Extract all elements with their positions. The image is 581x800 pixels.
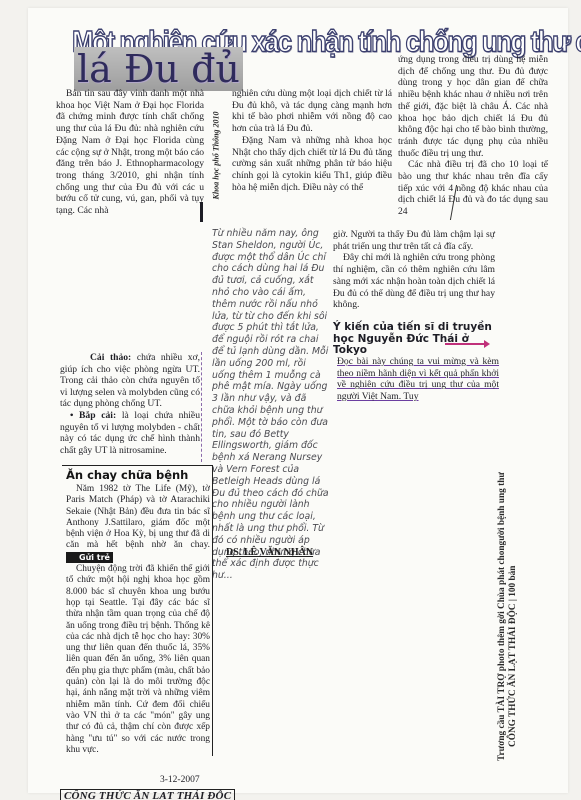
paragraph: ứng dụng trong điều trị dùng hệ miễn dịc… [398, 54, 548, 159]
opinion-heading: Ý kiến của tiến sĩ di truyền học Nguyễn … [333, 322, 493, 357]
date: 3-12-2007 [160, 775, 200, 785]
source-tag-text: Khoa học phổ Thông 2010 [212, 90, 221, 200]
vegetarian-article-box: Ăn chay chữa bệnh Năm 1982 tờ The Life (… [62, 465, 213, 756]
paragraph: Năm 1982 tờ The Life (Mỹ), tờ Paris Matc… [66, 484, 210, 564]
divider [201, 352, 202, 462]
box-title: Ăn chay chữa bệnh [66, 468, 210, 482]
article-column-4: giờ. Người ta thấy Đu đủ làm chậm lại sự… [333, 229, 495, 311]
paragraph: Đặng Nam và những nhà khoa học Nhật cho … [232, 135, 392, 194]
paragraph: Các nhà điều trị đã cho 10 loại tế bào u… [398, 159, 548, 218]
article-column-2: nghiên cứu dùng một loại dịch chiết từ l… [232, 88, 392, 193]
paragraph: giờ. Người ta thấy Đu đủ làm chậm lại sự… [333, 229, 495, 252]
arrow-icon [445, 343, 487, 345]
box-body: Năm 1982 tờ The Life (Mỹ), tờ Paris Matc… [66, 484, 210, 756]
paragraph-text: Năm 1982 tờ The Life (Mỹ), tờ Paris Matc… [66, 484, 210, 550]
footer-title: CÔNG THỨC ĂN LẠT THẢI ĐỘC [60, 789, 235, 800]
article-column-3: ứng dụng trong điều trị dùng hệ miễn dịc… [398, 54, 548, 218]
stamp-label: Gửi trẻ [66, 552, 113, 563]
tip-label: Cải thảo: [90, 352, 131, 363]
paragraph: Đây chỉ mới là nghiên cứu trong phòng th… [333, 252, 495, 311]
source-tag: Khoa học phổ Thông 2010 [206, 92, 220, 202]
paragraph: Chuyện động trời đã khiến thế giới tổ ch… [66, 564, 210, 756]
vegetable-tips-box: Cải thảo: chứa nhiều xơ, giúp ích cho vi… [60, 352, 200, 456]
paragraph: Bản tin sau đây vinh danh một nhà khoa h… [56, 88, 204, 217]
divider [200, 202, 203, 222]
footer-line: Trương cầu TÀI TRỢ photo thêm gởi Chùa p… [497, 401, 508, 761]
subhead-text: lá Đu đủ [74, 47, 243, 91]
author-signature: DS. LÊ VĂN NHÂN [226, 547, 313, 558]
paragraph: nghiên cứu dùng một loại dịch chiết từ l… [232, 88, 392, 135]
rotated-footer-note: Trương cầu TÀI TRỢ photo thêm gởi Chùa p… [473, 420, 543, 785]
rotated-footer-text: Trương cầu TÀI TRỢ photo thêm gởi Chùa p… [497, 401, 519, 761]
subhead: lá Đu đủ [74, 50, 243, 88]
opinion-text-block: Đọc bài này chúng ta vui mừng và kèm the… [337, 356, 499, 403]
article-column-1: Bản tin sau đây vinh danh một nhà khoa h… [56, 88, 204, 217]
tip-label: • Bắp cải: [70, 410, 116, 421]
sidebar-italic-story: Từ nhiều năm nay, ông Stan Sheldon, ngườ… [212, 228, 330, 582]
footer-line: CÔNG THỨC ĂN LẠT THẢI ĐỘC | 100 bản [508, 401, 519, 761]
paragraph: Đọc bài này chúng ta vui mừng và kèm the… [337, 356, 499, 403]
